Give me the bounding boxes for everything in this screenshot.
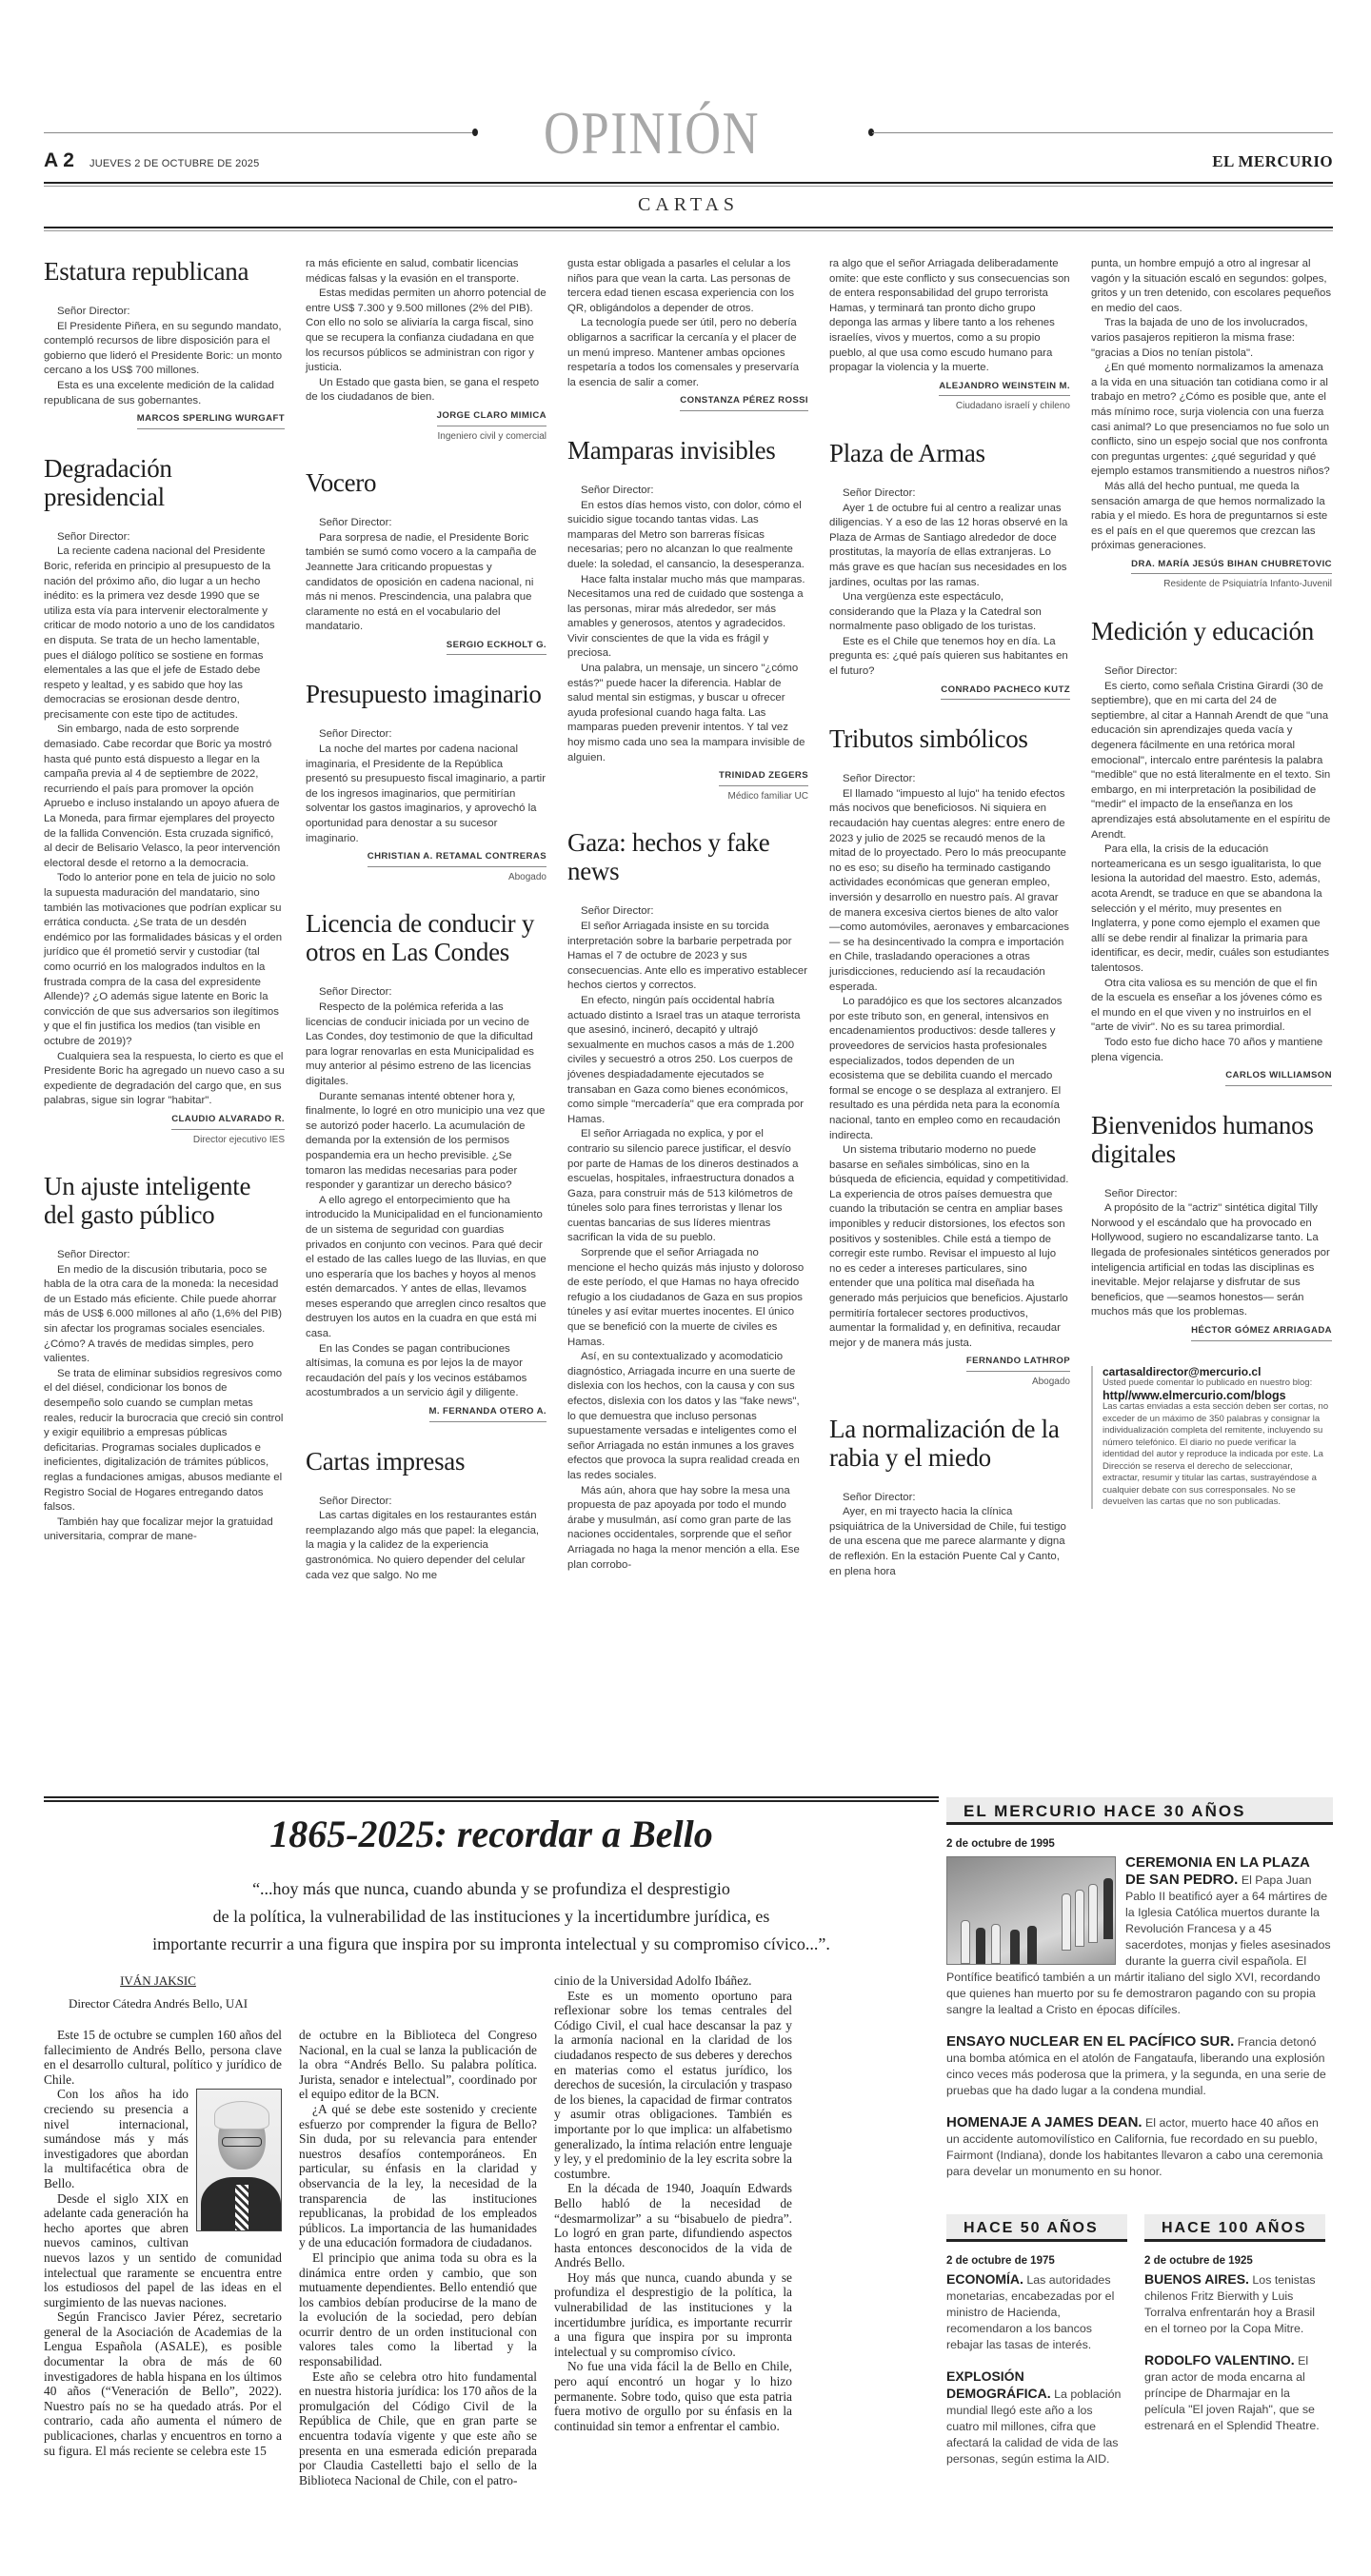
letter-author-role: Médico familiar UC [567, 789, 808, 804]
history-kicker: ECONOMÍA. [946, 2271, 1023, 2287]
paragraph: Un Estado que gasta bien, se gana el res… [306, 376, 546, 406]
letter: Degradación presidencialSeñor Director:L… [44, 454, 285, 1147]
letter-signature: CONRADO PACHECO KUTZ [829, 683, 1070, 701]
oped-column-2: de octubre en la Biblioteca del Congreso… [299, 2028, 537, 2487]
letters-section: Estatura republicanaSeñor Director:El Pr… [44, 257, 1333, 1766]
paragraph: Otra cita valiosa es su mención de que e… [1091, 977, 1332, 1036]
paragraph: Durante semanas intenté obtener hora y, … [306, 1090, 546, 1194]
letter-signature: CARLOS WILLIAMSON [1091, 1068, 1332, 1086]
history-item: ENSAYO NUCLEAR EN EL PACÍFICO SUR. Franc… [946, 2033, 1333, 2099]
paragraph: de octubre en la Biblioteca del Congreso… [299, 2028, 537, 2102]
paragraph: Para ella, la crisis de la educación nor… [1091, 842, 1332, 976]
paragraph: Es cierto, como señala Cristina Girardi … [1091, 680, 1332, 843]
paragraph: La reciente cadena nacional del Presiden… [44, 545, 285, 723]
letter: Mamparas invisiblesSeñor Director:En est… [567, 436, 808, 803]
contact-email-link[interactable]: cartasaldirector@mercurio.cl [1103, 1366, 1332, 1378]
paragraph: Lo paradójico es que los sectores alcanz… [829, 995, 1070, 1143]
paragraph: Según Francisco Javier Pérez, secretario… [44, 2309, 282, 2458]
page-number: A 2 [44, 149, 74, 172]
divider [44, 227, 1333, 231]
paragraph: Esta es una excelente medición de la cal… [44, 379, 285, 408]
paragraph: Se trata de eliminar subsidios regresivo… [44, 1367, 285, 1516]
oped-pull-quote: “...hoy más que nunca, cuando abunda y s… [44, 1875, 939, 1958]
letter-headline: Estatura republicana [44, 257, 285, 286]
letter-author-role: Abogado [829, 1375, 1070, 1390]
paragraph: punta, un hombre empujó a otro al ingres… [1091, 257, 1332, 316]
letter-author: SERGIO ECKHOLT G. [447, 638, 546, 656]
letter-salutation: Señor Director: [1091, 1187, 1332, 1202]
history-100-date: 2 de octubre de 1925 [1144, 2253, 1325, 2269]
paragraph: En la década de 1940, Joaquín Edwards Be… [554, 2181, 792, 2270]
letter-headline: Vocero [306, 468, 546, 497]
letter-author: ALEJANDRO WEINSTEIN M. [939, 379, 1070, 397]
history-30-date: 2 de octubre de 1995 [946, 1836, 1333, 1853]
paragraph: Un sistema tributario moderno no puede b… [829, 1143, 1070, 1351]
paragraph: El Presidente Piñera, en su segundo mand… [44, 320, 285, 379]
letter-signature: FERNANDO LATHROPAbogado [829, 1354, 1070, 1389]
history-item: BUENOS AIRES. Los tenistas chilenos Frit… [1144, 2271, 1325, 2337]
history-30-banner: EL MERCURIO HACE 30 AÑOS [946, 1797, 1333, 1825]
letter-salutation: Señor Director: [306, 985, 546, 1001]
letter-author: CHRISTIAN A. RETAMAL CONTRERAS [368, 849, 546, 867]
history-item: CEREMONIA EN LA PLAZA DE SAN PEDRO. El P… [946, 1854, 1333, 2018]
paragraph: Ayer 1 de octubre fui al centro a realiz… [829, 502, 1070, 591]
letter-author: FERNANDO LATHROP [966, 1354, 1070, 1372]
letter-salutation: Señor Director: [44, 530, 285, 545]
letter-signature: CLAUDIO ALVARADO R.Director ejecutivo IE… [44, 1112, 285, 1147]
paragraph: Este año se celebra otro hito fundamenta… [299, 2369, 537, 2488]
letter-signature: TRINIDAD ZEGERSMédico familiar UC [567, 768, 808, 803]
paragraph: El principio que anima toda su obra es l… [299, 2250, 537, 2369]
letter-headline: Plaza de Armas [829, 439, 1070, 467]
letter-author-role: Ciudadano israelí y chileno [829, 399, 1070, 414]
contact-blog-intro: Usted puede comentar lo publicado en nue… [1103, 1377, 1332, 1390]
letter-headline: Gaza: hechos y fake news [567, 828, 808, 885]
letter: ra más eficiente en salud, combatir lice… [306, 257, 546, 444]
paragraph: Para sorpresa de nadie, el Presidente Bo… [306, 531, 546, 635]
newspaper-logo: EL MERCURIO [1212, 152, 1333, 171]
paragraph: Respecto de la polémica referida a las l… [306, 1001, 546, 1090]
letter-signature: ALEJANDRO WEINSTEIN M.Ciudadano israelí … [829, 379, 1070, 414]
letter: Un ajuste inteligente del gasto públicoS… [44, 1172, 285, 1545]
page-date: JUEVES 2 DE OCTUBRE DE 2025 [89, 158, 259, 169]
letter-signature: JORGE CLARO MIMICAIngeniero civil y come… [306, 408, 546, 444]
letter: La normalización de la rabia y el miedoS… [829, 1415, 1070, 1580]
letter-headline: Licencia de conducir y otros en Las Cond… [306, 909, 546, 966]
letter-signature: CONSTANZA PÉREZ ROSSI [567, 393, 808, 411]
history-50-date: 2 de octubre de 1975 [946, 2253, 1127, 2269]
letter-headline: Un ajuste inteligente del gasto público [44, 1172, 285, 1229]
letter-salutation: Señor Director: [829, 772, 1070, 787]
paragraph: ¿En qué momento normalizamos la amenaza … [1091, 361, 1332, 480]
letter-author: CONRADO PACHECO KUTZ [941, 683, 1070, 701]
history-50-panel: HACE 50 AÑOS 2 de octubre de 1975 ECONOM… [946, 2214, 1127, 2483]
letter: Bienvenidos humanos digitalesSeñor Direc… [1091, 1111, 1332, 1341]
oped-title: 1865-2025: recordar a Bello [44, 1812, 939, 1856]
paragraph: ¿A qué se debe este sostenido y crecient… [299, 2102, 537, 2250]
oped-column-1: Este 15 de octubre se cumplen 160 años d… [44, 2028, 282, 2458]
history-panel: EL MERCURIO HACE 30 AÑOS 2 de octubre de… [946, 1797, 1333, 2195]
letter: Presupuesto imaginarioSeñor Director:La … [306, 680, 546, 884]
paragraph: En efecto, ningún país occidental habría… [567, 994, 808, 1127]
paragraph: En estos días hemos visto, con dolor, có… [567, 499, 808, 573]
letter: Medición y educaciónSeñor Director:Es ci… [1091, 617, 1332, 1086]
paragraph: Una vergüenza este espectáculo, consider… [829, 590, 1070, 635]
letters-column-3: gusta estar obligada a pasarles el celul… [567, 257, 808, 1597]
section-title: OPINIÓN [544, 103, 760, 164]
paragraph: La noche del martes por cadena nacional … [306, 743, 546, 846]
masthead-rule-right [872, 132, 1333, 133]
history-item: ECONOMÍA. Las autoridades monetarias, en… [946, 2271, 1127, 2353]
paragraph: Todo esto fue dicho hace 70 años y manti… [1091, 1036, 1332, 1065]
letter-author: CONSTANZA PÉREZ ROSSI [680, 393, 808, 411]
letter-salutation: Señor Director: [306, 516, 546, 531]
paragraph: Sorprende que el señor Arriagada no menc… [567, 1246, 808, 1350]
masthead-dot-icon [472, 129, 478, 136]
letter: gusta estar obligada a pasarles el celul… [567, 257, 808, 411]
paragraph: ra algo que el señor Arriagada deliberad… [829, 257, 1070, 376]
paragraph: Hoy más que nunca, cuando abunda y se pr… [554, 2270, 792, 2360]
letter-salutation: Señor Director: [44, 305, 285, 320]
letter-headline: Presupuesto imaginario [306, 680, 546, 708]
paragraph: No fue una vida fácil la de Bello en Chi… [554, 2359, 792, 2433]
letter-salutation: Señor Director: [44, 1248, 285, 1263]
quote-line: de la política, la vulnerabilidad de las… [44, 1903, 939, 1931]
oped-byline: IVÁN JAKSIC Director Cátedra Andrés Bell… [44, 1973, 272, 2011]
divider [44, 1796, 939, 1802]
letter-salutation: Señor Director: [567, 484, 808, 499]
history-item: HOMENAJE A JAMES DEAN. El actor, muerto … [946, 2114, 1333, 2180]
letter-headline: Medición y educación [1091, 617, 1332, 645]
paragraph: La tecnología puede ser útil, pero no de… [567, 316, 808, 390]
paragraph: Así, en su contextualizado y acomodatici… [567, 1350, 808, 1483]
letter: Estatura republicanaSeñor Director:El Pr… [44, 257, 285, 429]
history-kicker: RODOLFO VALENTINO. [1144, 2352, 1295, 2368]
letter-author: TRINIDAD ZEGERS [719, 768, 808, 786]
letter-author: CLAUDIO ALVARADO R. [171, 1112, 285, 1130]
letter-author: CARLOS WILLIAMSON [1225, 1068, 1332, 1086]
letter: Cartas impresasSeñor Director:Las cartas… [306, 1447, 546, 1584]
letter-author-role: Director ejecutivo IES [44, 1133, 285, 1148]
history-100-panel: HACE 100 AÑOS 2 de octubre de 1925 BUENO… [1144, 2214, 1325, 2449]
letter-signature: CHRISTIAN A. RETAMAL CONTRERASAbogado [306, 849, 546, 884]
letters-column-5: punta, un hombre empujó a otro al ingres… [1091, 257, 1332, 1509]
divider [44, 182, 1333, 187]
subsection-title: CARTAS [44, 194, 1333, 216]
paragraph: En las Condes se pagan contribuciones al… [306, 1342, 546, 1401]
history-kicker: ENSAYO NUCLEAR EN EL PACÍFICO SUR. [946, 2033, 1234, 2050]
masthead-rule-left [44, 132, 474, 133]
letter: punta, un hombre empujó a otro al ingres… [1091, 257, 1332, 592]
letter-headline: Degradación presidencial [44, 454, 285, 511]
paragraph: Este es el Chile que tenemos hoy en día.… [829, 635, 1070, 680]
letters-column-1: Estatura republicanaSeñor Director:El Pr… [44, 257, 285, 1570]
paragraph: Hace falta instalar mucho más que mampar… [567, 573, 808, 663]
paragraph: El llamado "impuesto al lujo" ha tenido … [829, 787, 1070, 995]
oped-column-3: cinio de la Universidad Adolfo Ibáñez. E… [554, 1973, 792, 2433]
author-portrait-image [196, 2089, 282, 2231]
letter-author: M. FERNANDA OTERO A. [429, 1404, 546, 1422]
paragraph: Las cartas digitales en los restaurantes… [306, 1509, 546, 1583]
contact-box: cartasaldirector@mercurio.clUsted puede … [1091, 1366, 1332, 1509]
letter-salutation: Señor Director: [306, 1495, 546, 1510]
letter-signature: DRA. MARÍA JESÚS BIHAN CHUBRETOVICReside… [1091, 557, 1332, 592]
letter-salutation: Señor Director: [829, 486, 1070, 502]
letter: VoceroSeñor Director:Para sorpresa de na… [306, 468, 546, 655]
letter: ra algo que el señor Arriagada deliberad… [829, 257, 1070, 414]
letter-author-role: Ingeniero civil y comercial [306, 429, 546, 445]
history-item: EXPLOSIÓN DEMOGRÁFICA. La población mund… [946, 2368, 1127, 2467]
letter-salutation: Señor Director: [829, 1491, 1070, 1506]
paragraph: En medio de la discusión tributaria, poc… [44, 1263, 285, 1367]
oped-author: IVÁN JAKSIC [44, 1973, 272, 1989]
letter-signature: SERGIO ECKHOLT G. [306, 638, 546, 656]
quote-line: “...hoy más que nunca, cuando abunda y s… [44, 1875, 939, 1903]
oped-author-role: Director Cátedra Andrés Bello, UAI [44, 1996, 272, 2011]
paragraph: Más allá del hecho puntual, me queda la … [1091, 480, 1332, 554]
letter-headline: Cartas impresas [306, 1447, 546, 1476]
paragraph: cinio de la Universidad Adolfo Ibáñez. [554, 1973, 792, 1989]
paragraph: Tras la bajada de uno de los involucrado… [1091, 316, 1332, 361]
history-kicker: BUENOS AIRES. [1144, 2271, 1249, 2287]
letter-headline: La normalización de la rabia y el miedo [829, 1415, 1070, 1472]
letter: Tributos simbólicosSeñor Director:El lla… [829, 724, 1070, 1389]
quote-line: importante recurrir a una figura que ins… [44, 1931, 939, 1958]
paragraph: Una palabra, un mensaje, un sincero "¿có… [567, 662, 808, 765]
history-kicker: HOMENAJE A JAMES DEAN. [946, 2114, 1142, 2130]
letter-signature: M. FERNANDA OTERO A. [306, 1404, 546, 1422]
letter-headline: Mamparas invisibles [567, 436, 808, 465]
letter-signature: MARCOS SPERLING WURGAFT [44, 411, 285, 429]
paragraph: Ayer, en mi trayecto hacia la clínica ps… [829, 1505, 1070, 1579]
paragraph: A ello agrego el entorpecimiento que ha … [306, 1194, 546, 1342]
paragraph: Sin embargo, nada de esto sorprende dema… [44, 723, 285, 871]
history-100-banner: HACE 100 AÑOS [1144, 2214, 1325, 2242]
paragraph: ra más eficiente en salud, combatir lice… [306, 257, 546, 287]
letter-author: MARCOS SPERLING WURGAFT [137, 411, 285, 429]
letter: Plaza de ArmasSeñor Director:Ayer 1 de o… [829, 439, 1070, 700]
letters-column-4: ra algo que el señor Arriagada deliberad… [829, 257, 1070, 1604]
paragraph: También hay que focalizar mejor la gratu… [44, 1516, 285, 1545]
paragraph: gusta estar obligada a pasarles el celul… [567, 257, 808, 316]
letter: Licencia de conducir y otros en Las Cond… [306, 909, 546, 1421]
letters-column-2: ra más eficiente en salud, combatir lice… [306, 257, 546, 1608]
ceremony-photo-image [946, 1856, 1116, 1965]
letter-author-role: Residente de Psiquiatría Infanto-Juvenil [1091, 577, 1332, 592]
paragraph: Más aún, ahora que hay sobre la mesa una… [567, 1484, 808, 1574]
paragraph: El señor Arriagada no explica, y por el … [567, 1127, 808, 1246]
history-50-banner: HACE 50 AÑOS [946, 2214, 1127, 2242]
contact-blog-link[interactable]: http//www.elmercurio.com/blogs [1103, 1390, 1332, 1402]
letter-author: DRA. MARÍA JESÚS BIHAN CHUBRETOVIC [1131, 557, 1332, 575]
paragraph: Este 15 de octubre se cumplen 160 años d… [44, 2028, 282, 2087]
paragraph: A propósito de la "actriz" sintética dig… [1091, 1201, 1332, 1320]
paragraph: Este es un momento oportuno para reflexi… [554, 1989, 792, 2182]
letter-salutation: Señor Director: [306, 727, 546, 743]
letter-signature: HÉCTOR GÓMEZ ARRIAGADA [1091, 1323, 1332, 1341]
letter-author: HÉCTOR GÓMEZ ARRIAGADA [1191, 1323, 1332, 1341]
history-item: RODOLFO VALENTINO. El gran actor de moda… [1144, 2352, 1325, 2434]
paragraph: Estas medidas permiten un ahorro potenci… [306, 287, 546, 376]
paragraph: El señor Arriagada insiste en su torcida… [567, 920, 808, 994]
letter-salutation: Señor Director: [1091, 664, 1332, 680]
history-kicker: EXPLOSIÓN DEMOGRÁFICA. [946, 2368, 1051, 2401]
contact-policy: Las cartas enviadas a esta sección deben… [1103, 1401, 1332, 1509]
letter-author: JORGE CLARO MIMICA [437, 408, 546, 426]
letter: Gaza: hechos y fake newsSeñor Director:E… [567, 828, 808, 1573]
paragraph: Todo lo anterior pone en tela de juicio … [44, 871, 285, 1049]
letter-salutation: Señor Director: [567, 904, 808, 920]
paragraph: Cualquiera sea la respuesta, lo cierto e… [44, 1050, 285, 1109]
letter-headline: Bienvenidos humanos digitales [1091, 1111, 1332, 1168]
letter-author-role: Abogado [306, 870, 546, 885]
masthead: OPINIÓN A 2 JUEVES 2 DE OCTUBRE DE 2025 … [44, 0, 1333, 228]
letter-headline: Tributos simbólicos [829, 724, 1070, 753]
